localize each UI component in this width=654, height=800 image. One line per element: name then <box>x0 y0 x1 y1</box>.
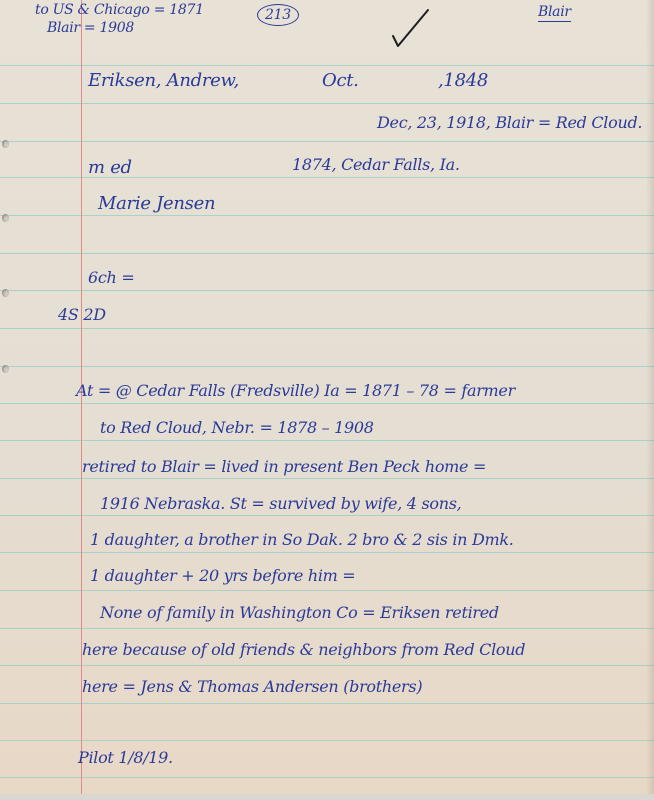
person-name: Eriksen, Andrew, <box>88 70 239 91</box>
rule-line <box>0 478 654 479</box>
record-number: 213 <box>257 4 299 26</box>
rule-line <box>0 403 654 404</box>
rule-line <box>0 215 654 216</box>
body-line: 1916 Nebraska. St = survived by wife, 4 … <box>100 494 461 513</box>
spouse-name: Marie Jensen <box>98 193 215 214</box>
rule-line <box>0 328 654 329</box>
body-line: here = Jens & Thomas Andersen (brothers) <box>82 677 422 696</box>
rule-line <box>0 253 654 254</box>
body-line: 1 daughter, a brother in So Dak. 2 bro &… <box>90 530 514 549</box>
source-citation: Pilot 1/8/19. <box>78 748 173 767</box>
header-note-line2: Blair = 1908 <box>47 20 134 36</box>
check-mark-icon <box>390 6 430 48</box>
rule-line <box>0 552 654 553</box>
death-line: Dec, 23, 1918, Blair = Red Cloud. <box>377 113 642 132</box>
rule-line <box>0 665 654 666</box>
binder-hole <box>2 214 9 222</box>
rule-line <box>0 65 654 66</box>
location-label: Blair <box>538 4 571 22</box>
body-line: retired to Blair = lived in present Ben … <box>82 457 486 476</box>
birth-month: Oct. <box>322 70 359 91</box>
rule-line <box>0 777 654 778</box>
header-note-line1: to US & Chicago = 1871 <box>35 2 204 18</box>
rule-line <box>0 141 654 142</box>
rule-line <box>0 440 654 441</box>
binder-hole <box>2 289 9 297</box>
rule-line <box>0 103 654 104</box>
rule-line <box>0 515 654 516</box>
birth-year: ,1848 <box>438 70 488 91</box>
body-line: None of family in Washington Co = Erikse… <box>100 603 499 622</box>
children-label: 6ch = <box>88 268 134 287</box>
body-line: to Red Cloud, Nebr. = 1878 – 1908 <box>100 418 374 437</box>
notebook-page: to US & Chicago = 1871 Blair = 1908 213 … <box>0 0 654 794</box>
binder-hole <box>2 365 9 373</box>
children-breakdown: 4S 2D <box>58 305 106 324</box>
rule-line <box>0 366 654 367</box>
rule-line <box>0 590 654 591</box>
rule-line <box>0 740 654 741</box>
rule-line <box>0 703 654 704</box>
binder-hole <box>2 140 9 148</box>
rule-line <box>0 290 654 291</box>
married-label: m ed <box>88 157 132 178</box>
rule-line <box>0 628 654 629</box>
body-line: here because of old friends & neighbors … <box>82 640 525 659</box>
body-line: At = @ Cedar Falls (Fredsville) Ia = 187… <box>76 381 515 400</box>
marriage-line: 1874, Cedar Falls, Ia. <box>292 155 460 174</box>
body-line: 1 daughter + 20 yrs before him = <box>90 566 355 585</box>
